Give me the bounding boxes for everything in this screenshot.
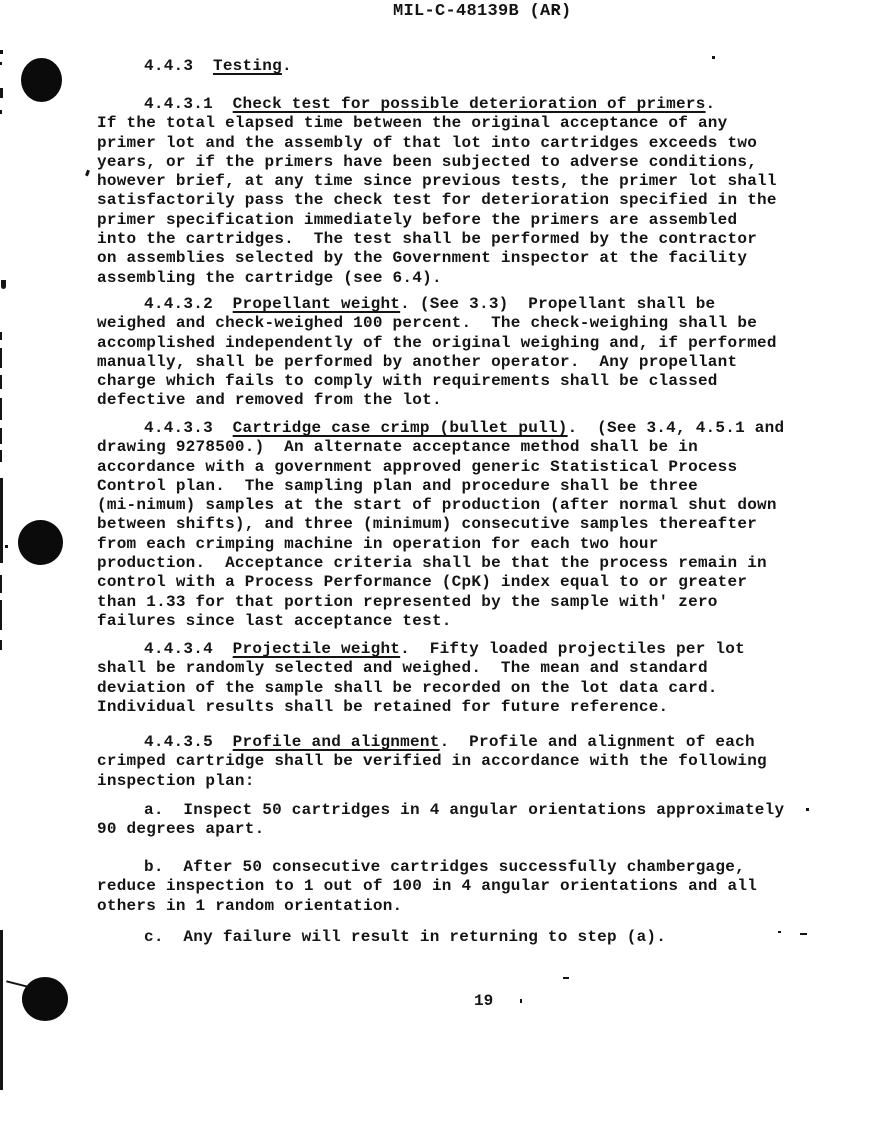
list-item-a: a. Inspect 50 cartridges in 4 angular or… — [97, 801, 784, 840]
scan-mark — [0, 50, 3, 54]
paragraph-number: 4.4.3.5 — [97, 733, 233, 751]
scan-edge-line — [0, 478, 3, 563]
scan-mark — [0, 428, 2, 444]
hole-punch-top — [21, 58, 62, 102]
list-item-text: Inspect 50 cartridges in 4 angular orien… — [97, 801, 784, 838]
paragraph-number: 4.4.3.1 — [97, 95, 233, 113]
scan-speck — [806, 808, 809, 811]
scan-mark — [0, 450, 2, 462]
scan-mark — [0, 332, 2, 340]
scan-mark — [0, 62, 2, 65]
scan-speck — [5, 545, 8, 548]
scan-mark-comma — [1, 280, 6, 289]
scan-mark — [0, 375, 2, 389]
paragraph-4-4-3-2: 4.4.3.2 Propellant weight. (See 3.3) Pro… — [97, 295, 777, 411]
paragraph-4-4-3-3: 4.4.3.3 Cartridge case crimp (bullet pul… — [97, 419, 784, 631]
list-item-label: a. — [97, 801, 183, 819]
hole-punch-middle — [18, 520, 63, 565]
paragraph-title: Check test for possible deterioration of… — [233, 95, 706, 113]
scan-speck — [712, 56, 715, 59]
section-title: Testing — [213, 57, 282, 75]
list-item-text: Any failure will result in returning to … — [183, 928, 666, 946]
scan-mark — [0, 398, 2, 420]
paragraph-4-4-3-5: 4.4.3.5 Profile and alignment. Profile a… — [97, 733, 767, 791]
scan-speck — [553, 8, 556, 11]
scan-speck — [778, 931, 781, 933]
scan-mark — [0, 348, 2, 368]
paragraph-number: 4.4.3.4 — [97, 640, 233, 658]
hole-punch-bottom — [22, 977, 68, 1021]
scan-speck — [520, 999, 522, 1003]
scan-mark — [0, 600, 2, 630]
paragraph-title: Propellant weight — [233, 295, 400, 313]
paragraph-body: . If the total elapsed time between the … — [97, 95, 777, 287]
list-item-c: c. Any failure will result in returning … — [97, 928, 666, 947]
scan-mark — [0, 575, 2, 593]
scan-speck — [563, 977, 569, 979]
scan-mark — [0, 88, 3, 98]
paragraph-title: Profile and alignment — [233, 733, 440, 751]
page-number: 19 — [474, 992, 493, 1010]
list-item-text: After 50 consecutive cartridges successf… — [97, 858, 757, 915]
list-item-b: b. After 50 consecutive cartridges succe… — [97, 858, 757, 916]
paragraph-number: 4.4.3.2 — [97, 295, 233, 313]
paragraph-title: Cartridge case crimp (bullet pull) — [233, 419, 568, 437]
scan-speck — [85, 170, 90, 177]
list-item-label: c. — [97, 928, 183, 946]
paragraph-4-4-3-4: 4.4.3.4 Projectile weight. Fifty loaded … — [97, 640, 745, 717]
section-heading: 4.4.3 Testing. — [97, 57, 292, 76]
section-title-suffix: . — [282, 57, 292, 75]
section-number: 4.4.3 — [97, 57, 213, 75]
scan-speck — [800, 933, 807, 935]
list-item-label: b. — [97, 858, 183, 876]
scan-mark-diagonal — [6, 980, 28, 987]
paragraph-title: Projectile weight — [233, 640, 400, 658]
scanned-document-page: { "document": { "header": "MIL-C-48139B … — [0, 0, 883, 1125]
scan-edge-line — [0, 930, 3, 1090]
paragraph-body: . (See 3.4, 4.5.1 and drawing 9278500.) … — [97, 419, 784, 630]
paragraph-4-4-3-1: 4.4.3.1 Check test for possible deterior… — [97, 95, 777, 288]
scan-mark — [0, 640, 2, 650]
paragraph-number: 4.4.3.3 — [97, 419, 233, 437]
scan-mark — [0, 110, 2, 114]
document-id-header: MIL-C-48139B (AR) — [393, 2, 572, 21]
